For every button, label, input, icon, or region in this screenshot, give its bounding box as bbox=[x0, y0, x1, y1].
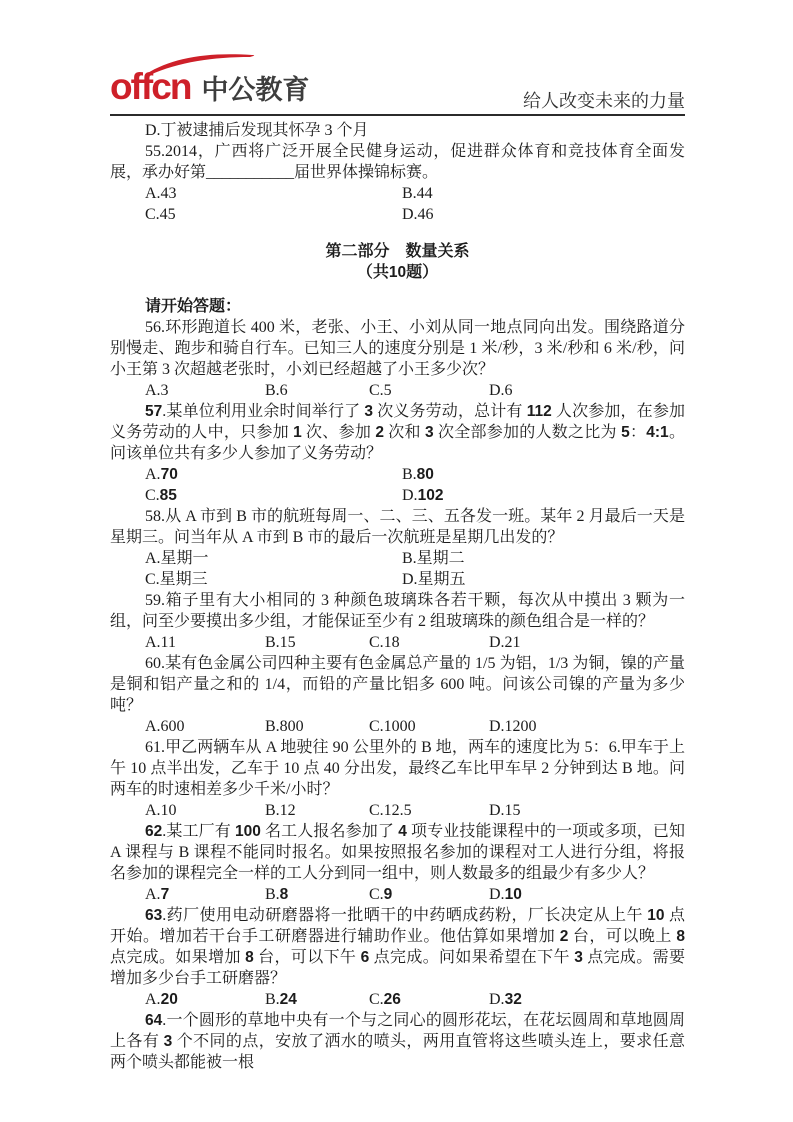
section-title: 第二部分 数量关系 bbox=[110, 241, 685, 262]
option-A: A.7 bbox=[145, 884, 265, 905]
option-A: A.70 bbox=[145, 464, 402, 485]
option-D: D.46 bbox=[402, 204, 685, 225]
question-options: A.3B.6C.5D.6 bbox=[110, 380, 685, 401]
option-A: A.星期一 bbox=[145, 548, 402, 569]
option-B: B.星期二 bbox=[402, 548, 685, 569]
option-C: C.1000 bbox=[369, 716, 489, 737]
page-content: D.丁被逮捕后发现其怀孕 3 个月55.2014，广西将广泛开展全民健身运动，促… bbox=[110, 120, 685, 1073]
document-page: offcn 中公教育 给人改变未来的力量 D.丁被逮捕后发现其怀孕 3 个月55… bbox=[0, 0, 793, 1122]
section-subtitle: （共10题） bbox=[110, 262, 685, 283]
question-57: 57.某单位利用业余时间举行了 3 次义务劳动，总计有 112 人次参加，在参加… bbox=[110, 401, 685, 506]
option-C: C.9 bbox=[369, 884, 489, 905]
question-text: 58.从 A 市到 B 市的航班每周一、二、三、五各发一班。某年 2 月最后一天… bbox=[110, 506, 685, 548]
question-options: A.11B.15C.18D.21 bbox=[110, 632, 685, 653]
option-A: A.11 bbox=[145, 632, 265, 653]
question-text: 56.环形跑道长 400 米，老张、小王、小刘从同一地点同向出发。围绕路道分别慢… bbox=[110, 317, 685, 380]
option-B: B.12 bbox=[265, 800, 369, 821]
header-slogan: 给人改变未来的力量 bbox=[523, 91, 685, 113]
option-D: D.32 bbox=[489, 989, 685, 1010]
option-C: C.45 bbox=[145, 204, 402, 225]
question-text: 60.某有色金属公司四种主要有色金属总产量的 1/5 为铝，1/3 为铜，镍的产… bbox=[110, 653, 685, 716]
question-options: A.70B.80C.85D.102 bbox=[110, 464, 685, 506]
option-A: A.3 bbox=[145, 380, 265, 401]
question-text: 61.甲乙两辆车从 A 地驶往 90 公里外的 B 地，两车的速度比为 5：6.… bbox=[110, 737, 685, 800]
pre-section-questions: D.丁被逮捕后发现其怀孕 3 个月55.2014，广西将广泛开展全民健身运动，促… bbox=[110, 120, 685, 225]
option-A: A.20 bbox=[145, 989, 265, 1010]
option-B: B.15 bbox=[265, 632, 369, 653]
option-D: D.10 bbox=[489, 884, 685, 905]
option-C: C.85 bbox=[145, 485, 402, 506]
question-options: A.星期一B.星期二C.星期三D.星期五 bbox=[110, 548, 685, 590]
question-text: 55.2014，广西将广泛开展全民健身运动，促进群众体育和竞技体育全面发展，承办… bbox=[110, 141, 685, 183]
question-61: 61.甲乙两辆车从 A 地驶往 90 公里外的 B 地，两车的速度比为 5：6.… bbox=[110, 737, 685, 821]
question-options: A.20B.24C.26D.32 bbox=[110, 989, 685, 1010]
question-54-option-d: D.丁被逮捕后发现其怀孕 3 个月 bbox=[110, 120, 685, 141]
option-C: C.26 bbox=[369, 989, 489, 1010]
logo-swoosh-icon bbox=[144, 52, 256, 76]
option-B: B.800 bbox=[265, 716, 369, 737]
question-62: 62.某工厂有 100 名工人报名参加了 4 项专业技能课程中的一项或多项，已知… bbox=[110, 821, 685, 905]
question-56: 56.环形跑道长 400 米，老张、小王、小刘从同一地点同向出发。围绕路道分别慢… bbox=[110, 317, 685, 401]
question-text: 57.某单位利用业余时间举行了 3 次义务劳动，总计有 112 人次参加，在参加… bbox=[110, 401, 685, 464]
question-options: A.600B.800C.1000D.1200 bbox=[110, 716, 685, 737]
option-B: B.24 bbox=[265, 989, 369, 1010]
question-58: 58.从 A 市到 B 市的航班每周一、二、三、五各发一班。某年 2 月最后一天… bbox=[110, 506, 685, 590]
question-list: 56.环形跑道长 400 米，老张、小王、小刘从同一地点同向出发。围绕路道分别慢… bbox=[110, 317, 685, 1073]
option-C: C.18 bbox=[369, 632, 489, 653]
question-text: 59.箱子里有大小相同的 3 种颜色玻璃珠各若干颗，每次从中摸出 3 颗为一组，… bbox=[110, 590, 685, 632]
option-B: B.8 bbox=[265, 884, 369, 905]
option-C: C.12.5 bbox=[369, 800, 489, 821]
question-59: 59.箱子里有大小相同的 3 种颜色玻璃珠各若干颗，每次从中摸出 3 颗为一组，… bbox=[110, 590, 685, 653]
option-D: D.15 bbox=[489, 800, 685, 821]
question-60: 60.某有色金属公司四种主要有色金属总产量的 1/5 为铝，1/3 为铜，镍的产… bbox=[110, 653, 685, 737]
option-A: A.43 bbox=[145, 183, 402, 204]
question-text: 62.某工厂有 100 名工人报名参加了 4 项专业技能课程中的一项或多项，已知… bbox=[110, 821, 685, 884]
page-header: offcn 中公教育 给人改变未来的力量 bbox=[110, 52, 685, 116]
logo-cn-text: 中公教育 bbox=[201, 77, 309, 105]
option-C: C.5 bbox=[369, 380, 489, 401]
option-D: D.1200 bbox=[489, 716, 685, 737]
option-A: A.600 bbox=[145, 716, 265, 737]
option-B: B.6 bbox=[265, 380, 369, 401]
start-prompt: 请开始答题： bbox=[110, 296, 685, 317]
question-options: A.10B.12C.12.5D.15 bbox=[110, 800, 685, 821]
option-C: C.星期三 bbox=[145, 569, 402, 590]
option-D: D.星期五 bbox=[402, 569, 685, 590]
question-55: 55.2014，广西将广泛开展全民健身运动，促进群众体育和竞技体育全面发展，承办… bbox=[110, 141, 685, 225]
question-options: A.7B.8C.9D.10 bbox=[110, 884, 685, 905]
option-D: D.21 bbox=[489, 632, 685, 653]
question-options: A.43B.44C.45D.46 bbox=[110, 183, 685, 225]
question-text: 63.药厂使用电动研磨器将一批晒干的中药晒成药粉，厂长决定从上午 10 点开始。… bbox=[110, 905, 685, 989]
option-D: D.102 bbox=[402, 485, 685, 506]
option-B: B.80 bbox=[402, 464, 685, 485]
question-63: 63.药厂使用电动研磨器将一批晒干的中药晒成药粉，厂长决定从上午 10 点开始。… bbox=[110, 905, 685, 1010]
option-D: D.6 bbox=[489, 380, 685, 401]
offcn-wordmark: offcn bbox=[110, 54, 190, 105]
question-64: 64.一个圆形的草地中央有一个与之同心的圆形花坛，在花坛圆周和草地圆周上各有 3… bbox=[110, 1010, 685, 1073]
option-A: A.10 bbox=[145, 800, 265, 821]
offcn-logo: offcn 中公教育 bbox=[110, 54, 309, 105]
option-B: B.44 bbox=[402, 183, 685, 204]
question-text: D.丁被逮捕后发现其怀孕 3 个月 bbox=[110, 120, 685, 141]
question-text: 64.一个圆形的草地中央有一个与之同心的圆形花坛，在花坛圆周和草地圆周上各有 3… bbox=[110, 1010, 685, 1073]
